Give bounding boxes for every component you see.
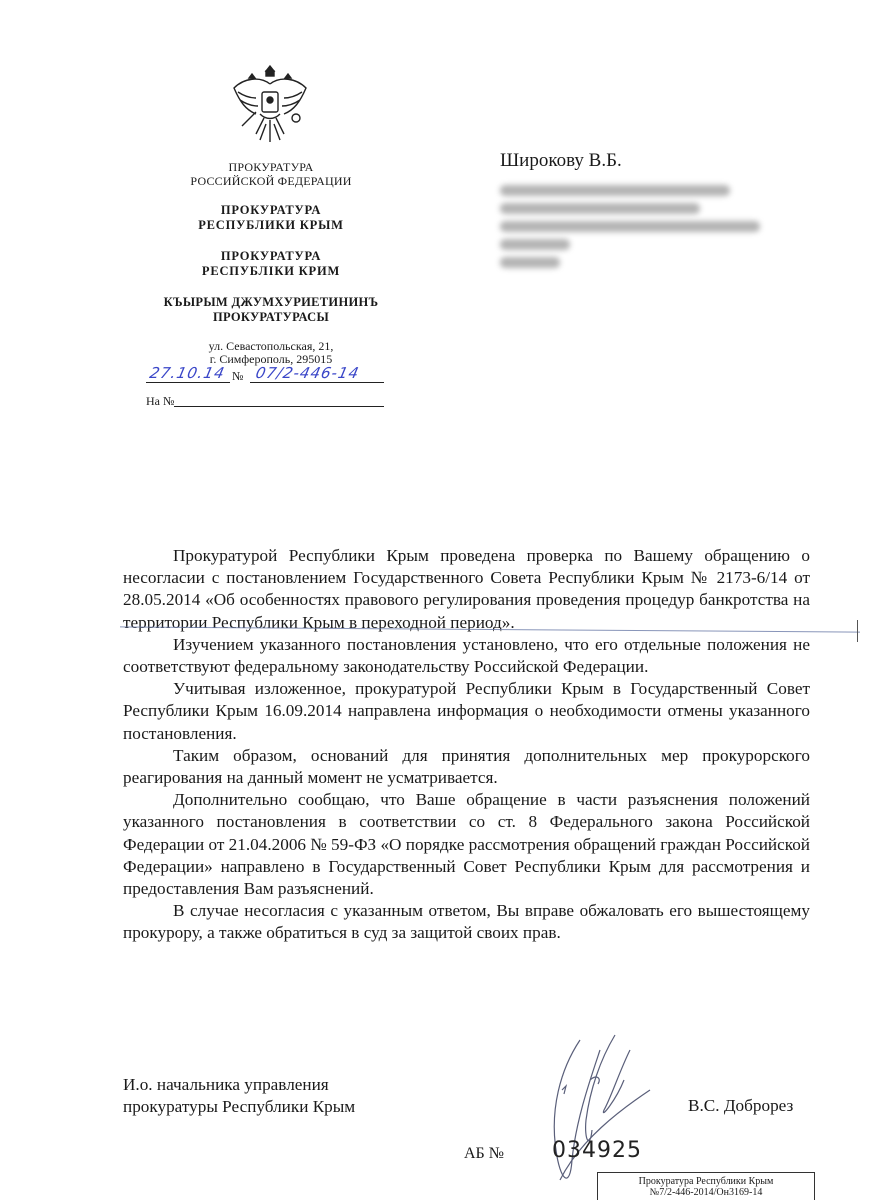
paragraph: Таким образом, оснований для принятия до… [123, 745, 810, 789]
org-name-ukrainian: ПРОКУРАТУРА РЕСПУБЛІКИ КРИМ [140, 249, 402, 279]
org-address: ул. Севастопольская, 21, г. Симферополь,… [140, 340, 402, 366]
signatory-name: В.С. Доброрез [688, 1096, 793, 1116]
reply-to-line: На № [146, 394, 384, 409]
redacted-address [500, 185, 760, 275]
registration-line: 27.10.14 № 07/2-446-14 [146, 368, 384, 384]
org-federal: ПРОКУРАТУРА РОССИЙСКОЙ ФЕДЕРАЦИИ [140, 160, 402, 188]
russian-coat-of-arms-icon [226, 62, 314, 146]
letter-body: Прокуратурой Республики Крым проведена п… [123, 545, 810, 945]
form-series-label: АБ № [464, 1145, 504, 1163]
handwritten-reg-number: 07/2-446-14 [254, 364, 361, 382]
handwritten-date: 27.10.14 [148, 364, 227, 382]
paragraph: Изучением указанного постановления устан… [123, 634, 810, 678]
org-name-russian: ПРОКУРАТУРА РЕСПУБЛИКИ КРЫМ [140, 203, 402, 233]
registration-stamp: Прокуратура Республики Крым №7/2-446-201… [597, 1172, 815, 1200]
recipient-name: Широкову В.Б. [500, 150, 622, 172]
org-name-crimean-tatar: КЪЫРЫМ ДЖУМХУРИЕТИНИНЪ ПРОКУРАТУРАСЫ [140, 295, 402, 325]
paragraph: Прокуратурой Республики Крым проведена п… [123, 545, 810, 634]
paragraph: Дополнительно сообщаю, что Ваше обращени… [123, 789, 810, 900]
margin-tick-mark [857, 620, 858, 642]
paragraph: В случае несогласия с указанным ответом,… [123, 900, 810, 944]
signatory-position: И.о. начальника управления прокуратуры Р… [123, 1074, 355, 1118]
paragraph: Учитывая изложенное, прокуратурой Респуб… [123, 678, 810, 745]
form-serial-number: 034925 [552, 1138, 642, 1163]
